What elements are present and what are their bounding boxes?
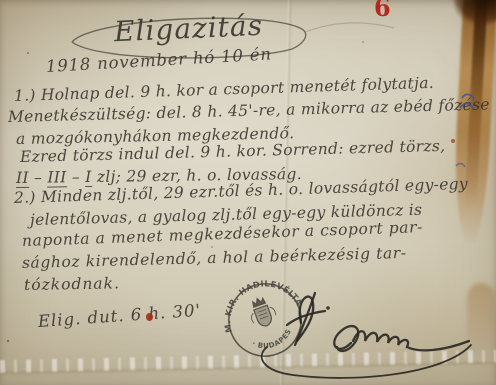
battalion-numeral: III	[47, 168, 67, 187]
signature	[233, 279, 493, 384]
archive-page-number: 6	[374, 0, 391, 22]
pencil-arc-mark	[305, 23, 394, 32]
document-title: Eligazitás	[113, 9, 263, 48]
body-line-9: sághoz kirendelendő, a hol a beérkezésig…	[22, 244, 407, 272]
red-pencil-dot	[146, 313, 153, 321]
numeral-separator: –	[67, 168, 86, 186]
rust-speck	[451, 139, 455, 143]
body-line-10: tózkodnak.	[24, 274, 120, 294]
footer-time-note: Elig. dut. 6 h. 30'	[37, 301, 201, 331]
numeral-separator: –	[29, 169, 48, 187]
scanned-document-page: 6 Eligazitás 1918 november hó 10 én 1.) …	[0, 0, 496, 385]
battalion-numeral: II	[16, 169, 29, 188]
